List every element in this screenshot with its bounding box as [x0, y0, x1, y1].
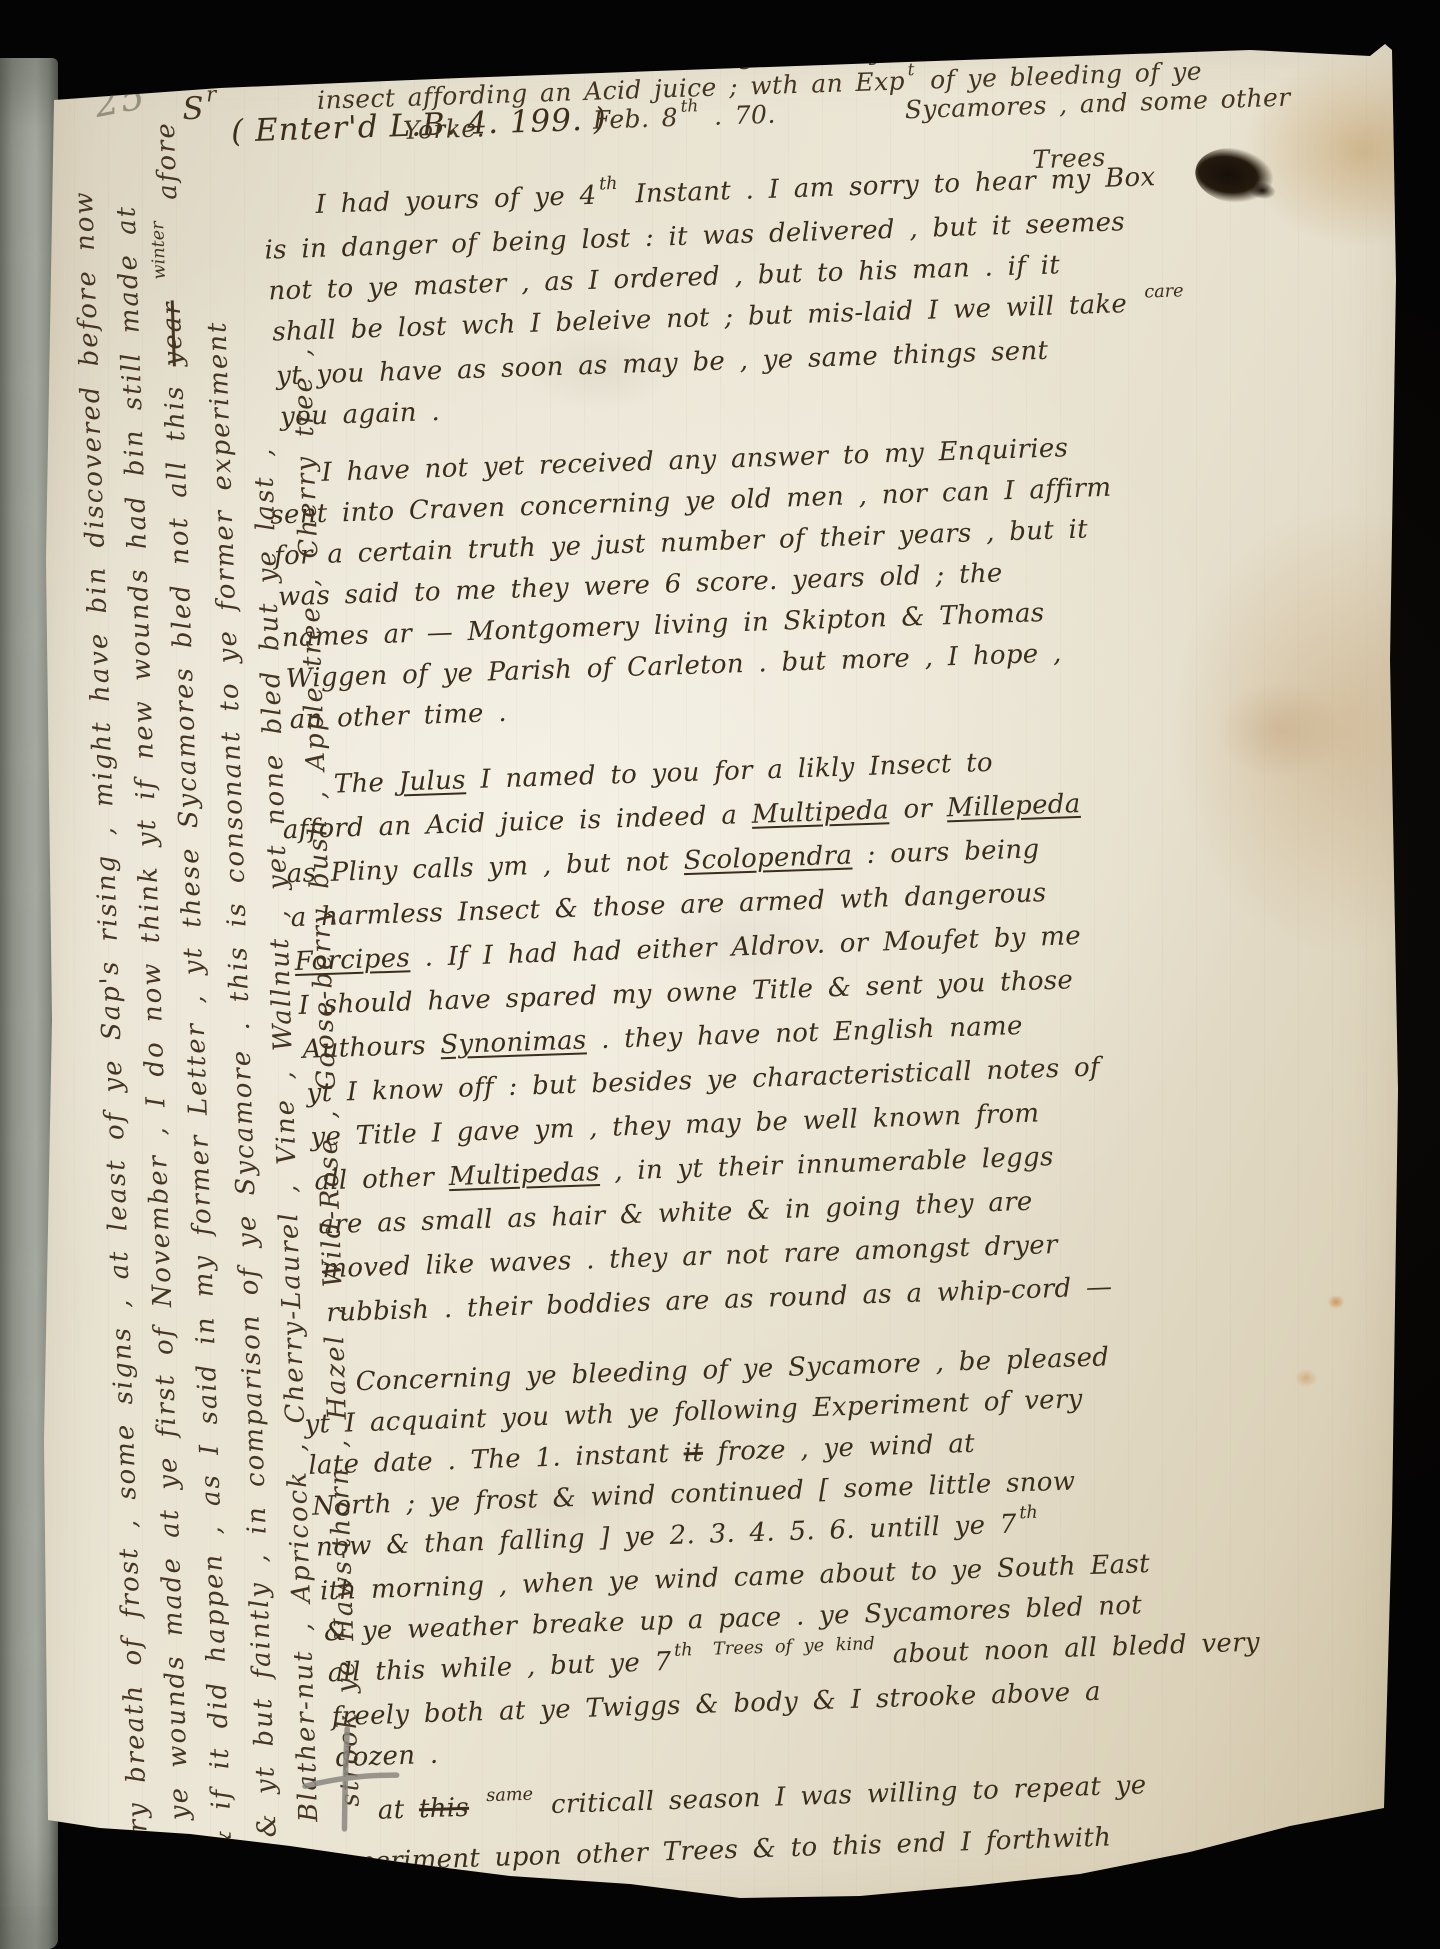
photo-backdrop: 25 Sr ( Enter'd L.B. 4. 199. ) Mr Lister… [0, 0, 1440, 1949]
body-paragraph-2: I have not yet received any answer to my… [266, 423, 1235, 742]
page-content: 25 Sr ( Enter'd L.B. 4. 199. ) Mr Lister… [40, 0, 1440, 1919]
body-paragraph-4: Concerning ye bleeding of ye Sycamore , … [300, 1332, 1273, 1780]
manuscript-page: 25 Sr ( Enter'd L.B. 4. 199. ) Mr Lister… [40, 40, 1410, 1920]
folio-number: 25 [90, 73, 150, 126]
letter-title-left: Mr Listers Letter [345, 42, 597, 81]
body-paragraph-3: The Julus I named to you for a likly Ins… [278, 733, 1256, 1337]
pencil-cross-mark [299, 1723, 403, 1834]
body-paragraph-1: I had yours of ye 4th Instant . I am sor… [260, 155, 1228, 439]
letter-place: Yorke. [403, 113, 486, 145]
letter-date: Feb. 8th . 70. [592, 100, 776, 135]
salutation: Sr [182, 90, 221, 127]
body-paragraph-5: at this same criticall season I was will… [322, 1757, 1285, 1888]
